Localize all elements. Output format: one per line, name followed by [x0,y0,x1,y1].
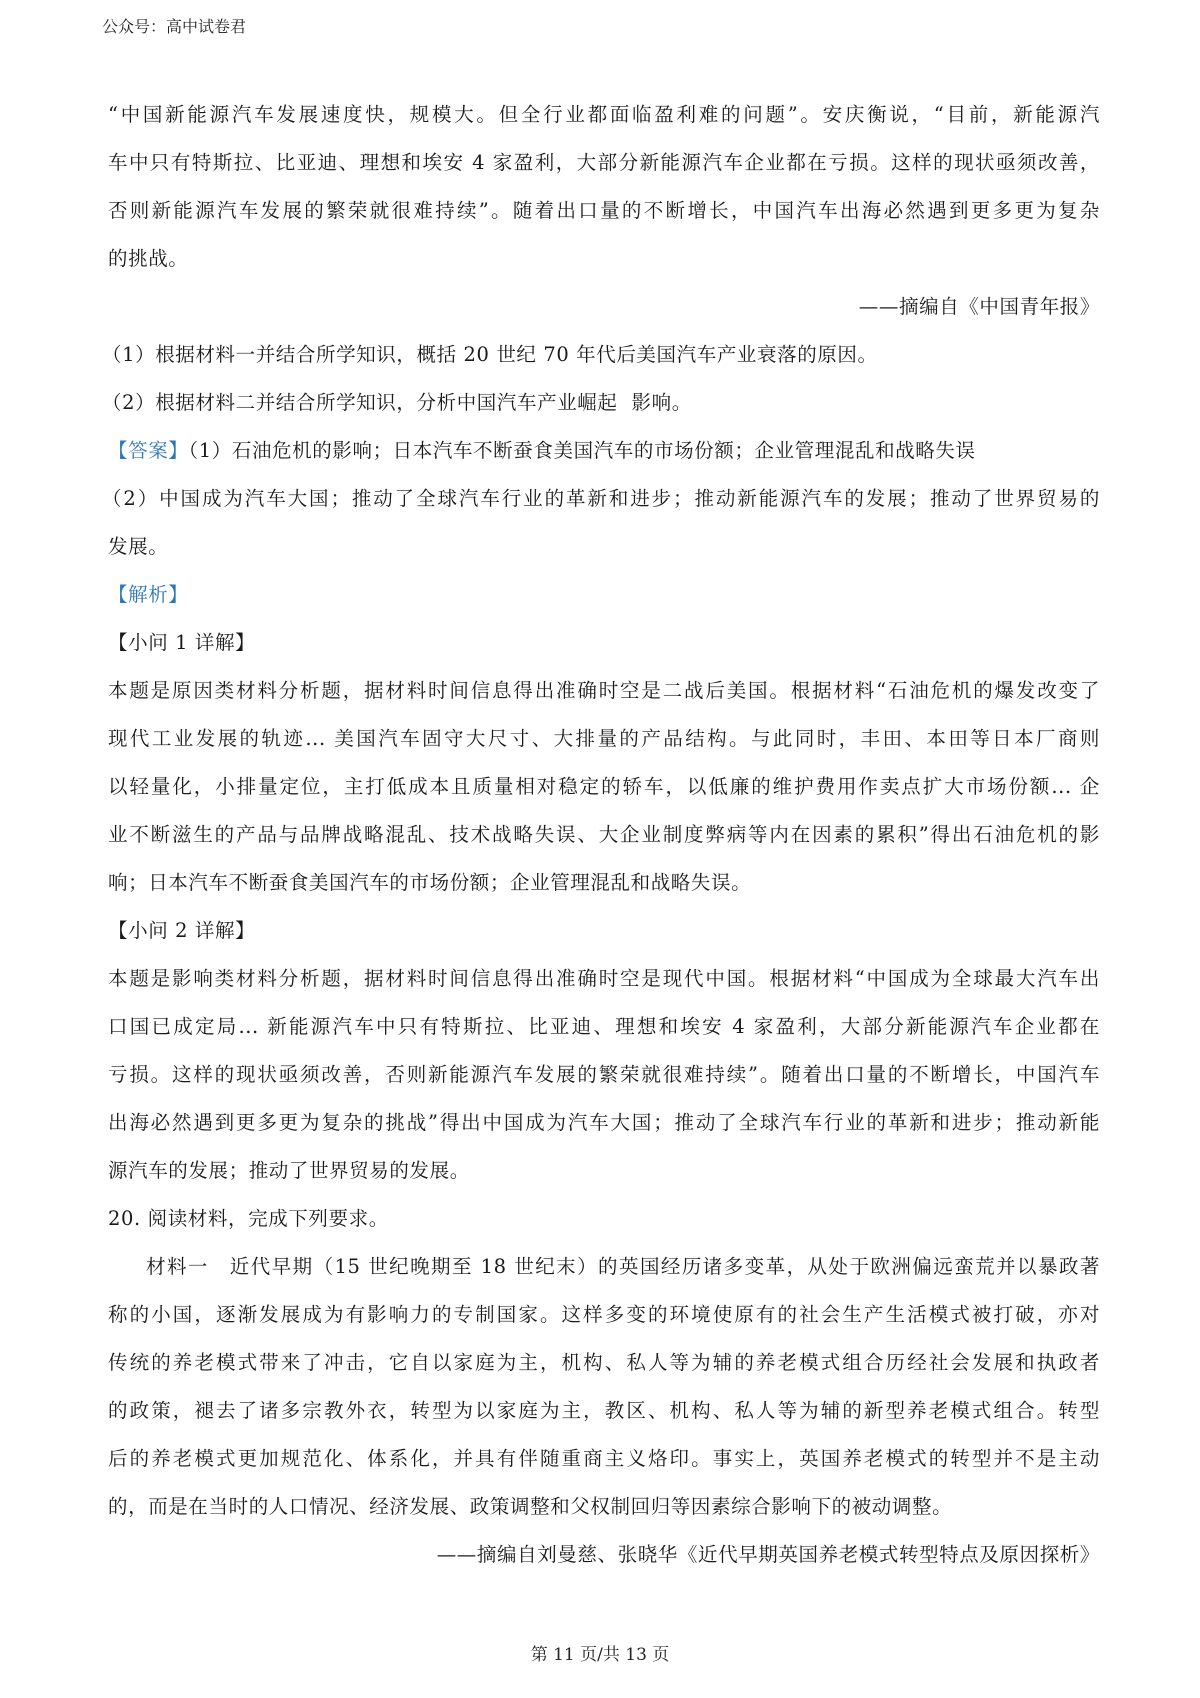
page-indicator: 第 11 页/共 13 页 [0,1640,1200,1665]
analysis-section: 【解析】 【小问 1 详解】 本题是原因类材料分析题，据材料时间信息得出准确时空… [108,576,1100,1189]
paragraph-line: 出海必然遇到更多更为复杂的挑战”得出中国成为汽车大国；推动了全球汽车行业的革新和… [108,1104,1100,1141]
paragraph-line: 后的养老模式更加规范化、体系化，并具有伴随重商主义烙印。事实上，英国养老模式的转… [108,1440,1100,1477]
document-page: “中国新能源汽车发展速度快，规模大。但全行业都面临盈利难的问题”。安庆衡说，“目… [108,96,1100,1573]
paragraph-line: 现代工业发展的轨迹... 美国汽车固守大尺寸、大排量的产品结构。与此同时，丰田、… [108,720,1100,757]
answer-line-2: （2）中国成为汽车大国；推动了全球汽车行业的革新和进步；推动新能源汽车的发展；推… [102,480,1100,517]
question-2-text: （2）根据材料二并结合所学知识，分析中国汽车产业崛起 [102,391,618,414]
material-two-excerpt: “中国新能源汽车发展速度快，规模大。但全行业都面临盈利难的问题”。安庆衡说，“目… [108,96,1100,325]
paragraph-line: 的挑战。 [108,240,1100,277]
paragraph-line: 本题是影响类材料分析题，据材料时间信息得出准确时空是现代中国。根据材料“中国成为… [108,960,1100,997]
answer-section: 【答案】（1）石油危机的影响；日本汽车不断蚕食美国汽车的市场份额；企业管理混乱和… [108,432,1100,565]
analysis-label: 【解析】 [108,576,1100,613]
citation: ——摘编自刘曼慈、张晓华《近代早期英国养老模式转型特点及原因探析》 [108,1536,1100,1573]
paragraph-line: 传统的养老模式带来了冲击，它自以家庭为主，机构、私人等为辅的养老模式组合历经社会… [108,1344,1100,1381]
paragraph-line: 否则新能源汽车发展的繁荣就很难持续”。随着出口量的不断增长，中国汽车出海必然遇到… [108,192,1100,229]
question-20: 20. 阅读材料，完成下列要求。 材料一 近代早期（15 世纪晚期至 18 世纪… [108,1200,1100,1573]
paragraph-line: 响；日本汽车不断蚕食美国汽车的市场份额；企业管理混乱和战略失误。 [108,864,1100,901]
paragraph-line: 本题是原因类材料分析题，据材料时间信息得出准确时空是二战后美国。根据材料“石油危… [108,672,1100,709]
page-header-source: 公众号：高中试卷君 [102,14,246,37]
paragraph-line: 业不断滋生的产品与品牌战略混乱、技术战略失误、大企业制度弊病等内在因素的累积”得… [108,816,1100,853]
paragraph-line: 车中只有特斯拉、比亚迪、理想和埃安 4 家盈利，大部分新能源汽车企业都在亏损。这… [108,144,1100,181]
answer-text: （1）石油危机的影响；日本汽车不断蚕食美国汽车的市场份额；企业管理混乱和战略失误 [188,439,975,462]
answer-line-3: 发展。 [108,528,1100,565]
question-1: （1）根据材料一并结合所学知识，概括 20 世纪 70 年代后美国汽车产业衰落的… [102,336,1100,373]
answer-label: 【答案】 [108,439,188,462]
paragraph-line: 以轻量化，小排量定位，主打低成本且质量相对稳定的轿车，以低廉的维护费用作卖点扩大… [108,768,1100,805]
paragraph-line: 的，而是在当时的人口情况、经济发展、政策调整和父权制回归等因素综合影响下的被动调… [108,1488,1100,1525]
sub-question-1-heading: 【小问 1 详解】 [108,624,1100,661]
answer-line-1: 【答案】（1）石油危机的影响；日本汽车不断蚕食美国汽车的市场份额；企业管理混乱和… [108,432,1100,469]
paragraph-line: “中国新能源汽车发展速度快，规模大。但全行业都面临盈利难的问题”。安庆衡说，“目… [108,96,1100,133]
paragraph-line: 亏损。这样的现状亟须改善，否则新能源汽车发展的繁荣就很难持续”。随着出口量的不断… [108,1056,1100,1093]
paragraph-line: 称的小国，逐渐发展成为有影响力的专制国家。这样多变的环境使原有的社会生产生活模式… [108,1296,1100,1333]
citation: ——摘编自《中国青年报》 [108,288,1100,325]
question-20-title: 20. 阅读材料，完成下列要求。 [108,1200,1100,1237]
paragraph-line: 的政策，褪去了诸多宗教外衣，转型为以家庭为主，教区、机构、私人等为辅的新型养老模… [108,1392,1100,1429]
questions: （1）根据材料一并结合所学知识，概括 20 世纪 70 年代后美国汽车产业衰落的… [108,336,1100,421]
question-2-tail: 影响。 [632,391,692,414]
sub-question-2-heading: 【小问 2 详解】 [108,912,1100,949]
question-2: （2）根据材料二并结合所学知识，分析中国汽车产业崛起影响。 [102,384,1100,421]
paragraph-line: 材料一 近代早期（15 世纪晚期至 18 世纪末）的英国经历诸多变革，从处于欧洲… [108,1248,1100,1285]
paragraph-line: 口国已成定局... 新能源汽车中只有特斯拉、比亚迪、理想和埃安 4 家盈利，大部… [108,1008,1100,1045]
paragraph-line: 源汽车的发展；推动了世界贸易的发展。 [108,1152,1100,1189]
